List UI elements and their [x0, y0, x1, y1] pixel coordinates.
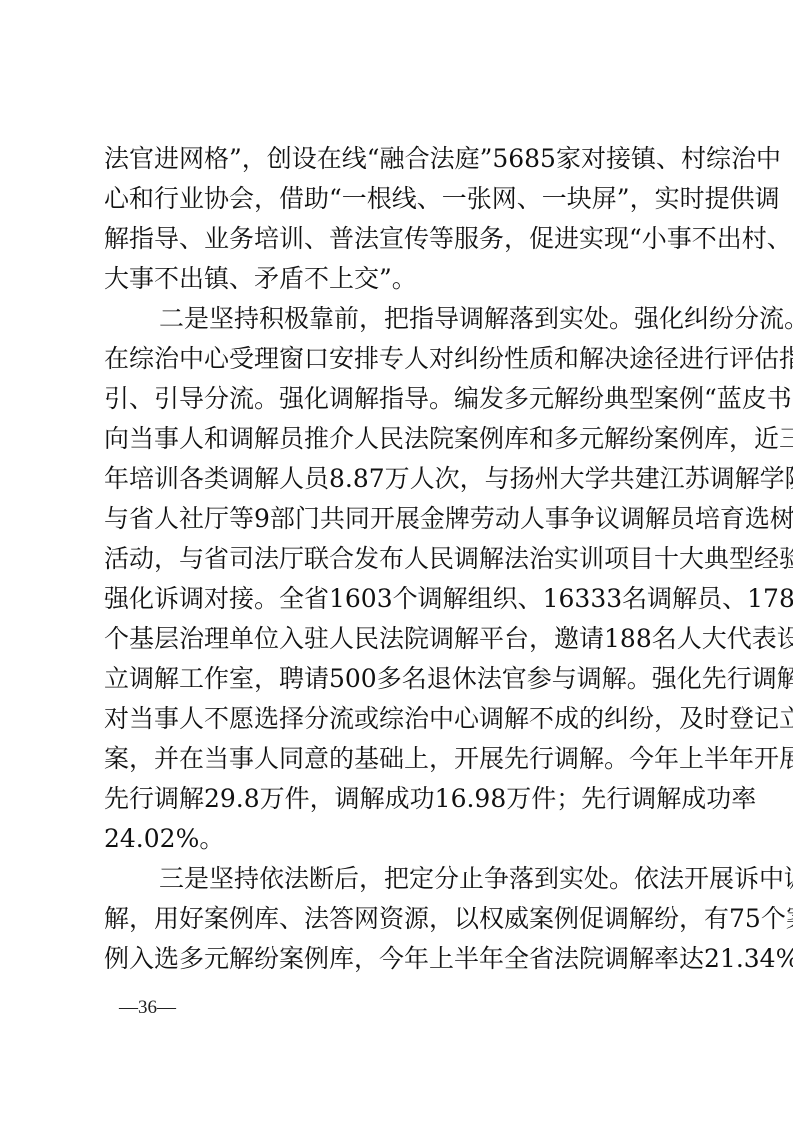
text-line: 引、引导分流。强化调解指导。编发多元解纷典型案例“蓝皮书”， — [104, 379, 714, 419]
text-line: 对当事人不愿选择分流或综治中心调解不成的纠纷，及时登记立 — [104, 699, 714, 739]
text-line: 二是坚持积极靠前，把指导调解落到实处。强化纠纷分流。 — [104, 299, 714, 339]
text-line: 24.02%。 — [104, 819, 714, 859]
body-text: 法官进网格”，创设在线“融合法庭”5685家对接镇、村综治中 心和行业协会，借助… — [104, 139, 714, 979]
text-line: 解，用好案例库、法答网资源，以权威案例促调解纷，有75个案 — [104, 899, 714, 939]
text-line: 在综治中心受理窗口安排专人对纠纷性质和解决途径进行评估指 — [104, 339, 714, 379]
text-line: 法官进网格”，创设在线“融合法庭”5685家对接镇、村综治中 — [104, 139, 714, 179]
text-line: 强化诉调对接。全省1603个调解组织、16333名调解员、17872 — [104, 579, 714, 619]
text-line: 年培训各类调解人员8.87万人次，与扬州大学共建江苏调解学院， — [104, 459, 714, 499]
text-line: 向当事人和调解员推介人民法院案例库和多元解纷案例库，近三 — [104, 419, 714, 459]
text-line: 解指导、业务培训、普法宣传等服务，促进实现“小事不出村、 — [104, 219, 714, 259]
text-line: 三是坚持依法断后，把定分止争落到实处。依法开展诉中调 — [104, 859, 714, 899]
text-line: 案，并在当事人同意的基础上，开展先行调解。今年上半年开展 — [104, 739, 714, 779]
text-line: 立调解工作室，聘请500多名退休法官参与调解。强化先行调解。 — [104, 659, 714, 699]
document-page: 法官进网格”，创设在线“融合法庭”5685家对接镇、村综治中 心和行业协会，借助… — [0, 0, 793, 1122]
paragraph-1: 法官进网格”，创设在线“融合法庭”5685家对接镇、村综治中 心和行业协会，借助… — [104, 139, 714, 299]
text-line: 活动，与省司法厅联合发布人民调解法治实训项目十大典型经验。 — [104, 539, 714, 579]
text-line: 与省人社厅等9部门共同开展金牌劳动人事争议调解员培育选树 — [104, 499, 714, 539]
text-line: 先行调解29.8万件，调解成功16.98万件；先行调解成功率 — [104, 779, 714, 819]
paragraph-3: 三是坚持依法断后，把定分止争落到实处。依法开展诉中调 解，用好案例库、法答网资源… — [104, 859, 714, 979]
text-line: 例入选多元解纷案例库，今年上半年全省法院调解率达21.34%。 — [104, 939, 714, 979]
text-line: 心和行业协会，借助“一根线、一张网、一块屏”，实时提供调 — [104, 179, 714, 219]
page-number: —36— — [119, 996, 176, 1020]
paragraph-2: 二是坚持积极靠前，把指导调解落到实处。强化纠纷分流。 在综治中心受理窗口安排专人… — [104, 299, 714, 859]
text-line: 个基层治理单位入驻人民法院调解平台，邀请188名人大代表设 — [104, 619, 714, 659]
text-line: 大事不出镇、矛盾不上交”。 — [104, 259, 714, 299]
